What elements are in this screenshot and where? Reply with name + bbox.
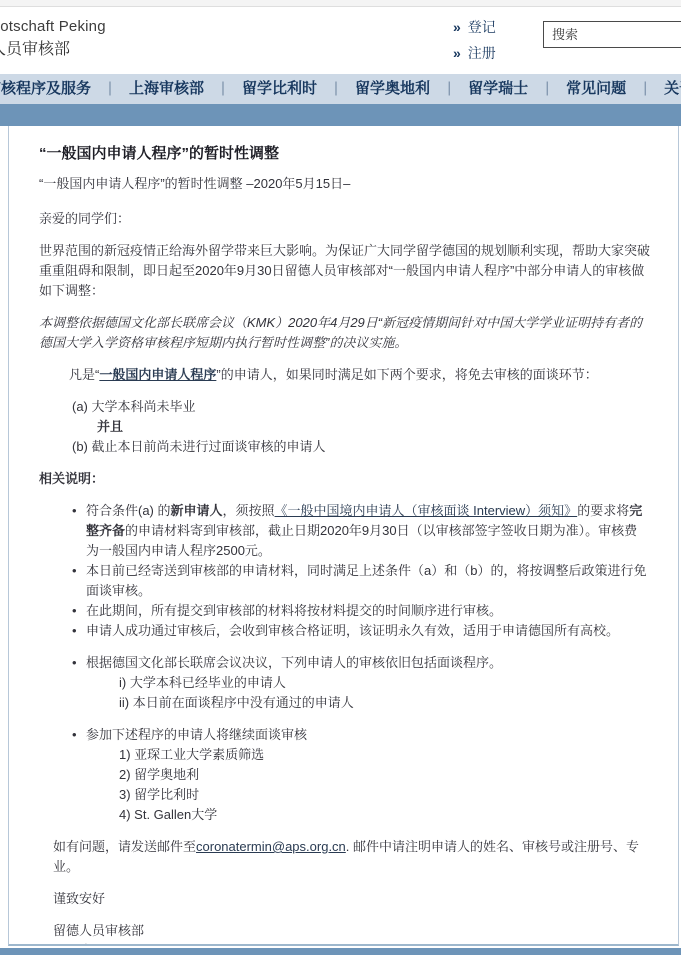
header-band (0, 104, 681, 126)
site-header: Botschaft Peking 人员审核部 »登记»注册 (0, 7, 681, 74)
bullet-item: •本日前已经寄送到审核部的申请材料，同时满足上述条件（a）和（b）的，将按调整后… (72, 561, 650, 601)
text-segment: i) 大学本科已经毕业的申请人 (119, 675, 286, 690)
paragraph: 相关说明： (39, 469, 650, 489)
text-segment: 在此期间，所有提交到审核部的材料将按材料提交的时间顺序进行审核。 (86, 603, 502, 618)
account-link-label: 注册 (468, 43, 496, 63)
bullet-item: •符合条件(a) 的新申请人，须按照《一般中国境内申请人（审核面谈 Interv… (72, 501, 650, 561)
text-segment: 谨致安好 (53, 891, 105, 906)
paragraph: 世界范围的新冠疫情正给海外留学带来巨大影响。为保证广大同学留学德国的规划顺利实现… (39, 241, 650, 301)
article-title: “一般国内申请人程序”的暂时性调整 (39, 144, 650, 164)
paragraph: (b) 截止本日前尚未进行过面谈审核的申请人 (72, 437, 650, 457)
paragraph: 2020年5月15日 (53, 941, 650, 946)
bullet-marker: • (72, 501, 77, 521)
chevron-right-icon: » (453, 17, 461, 37)
nav-item[interactable]: 上海审核部 (117, 79, 216, 99)
text-segment: 相关说明： (39, 471, 104, 486)
text-segment: 世界范围的新冠疫情正给海外留学带来巨大影响。为保证广大同学留学德国的规划顺利实现… (39, 243, 650, 298)
nav-separator: ｜ (540, 79, 554, 99)
paragraph: 3) 留学比利时 (119, 785, 650, 805)
paragraph: 并且 (97, 417, 650, 437)
nav-separator: ｜ (216, 79, 230, 99)
paragraph: 4) St. Gallen大学 (119, 805, 650, 825)
text-segment: ”的申请人，如果同时满足如下两个要求，将免去审核的面谈环节： (216, 367, 597, 382)
nav-bar: 审核程序及服务｜上海审核部｜留学比利时｜留学奥地利｜留学瑞士｜常见问题｜关于我们 (0, 74, 681, 104)
article-subtitle: “一般国内申请人程序”的暂时性调整 –2020年5月15日– (39, 174, 650, 194)
site-logo: Botschaft Peking 人员审核部 (0, 17, 106, 60)
text-segment: 符合条件(a) 的 (86, 503, 171, 518)
nav-item[interactable]: 常见问题 (554, 79, 638, 99)
text-segment: 新申请人 (171, 503, 223, 518)
bullet-item: •在此期间，所有提交到审核部的材料将按材料提交的时间顺序进行审核。 (72, 601, 650, 621)
chevron-right-icon: » (453, 43, 461, 63)
paragraph: i) 大学本科已经毕业的申请人 (119, 673, 650, 693)
search-area (543, 21, 681, 48)
nav-item[interactable]: 留学奥地利 (343, 79, 442, 99)
paragraph: 1) 亚琛工业大学素质筛选 (119, 745, 650, 765)
login-link[interactable]: »登记 (453, 17, 496, 37)
bottom-bar (0, 948, 681, 955)
search-input[interactable] (543, 21, 681, 48)
text-segment: 亲爱的同学们： (39, 211, 130, 226)
text-segment: ，须按照 (223, 503, 275, 518)
text-segment: 如有问题，请发送邮件至 (53, 839, 196, 854)
nav-items: 审核程序及服务｜上海审核部｜留学比利时｜留学奥地利｜留学瑞士｜常见问题｜关于我们 (0, 79, 681, 99)
bullet-marker: • (72, 621, 77, 641)
nav-item[interactable]: 审核程序及服务 (0, 79, 103, 99)
nav-item[interactable]: 留学瑞士 (456, 79, 540, 99)
text-segment: 2020年5月15日 (53, 943, 143, 946)
text-segment: (a) 大学本科尚未毕业 (72, 399, 196, 414)
text-segment: 的申请材料寄到审核部，截止日期2020年9月30日（以审核部签字签收日期为准）。… (86, 523, 637, 558)
text-segment: 留德人员审核部 (53, 923, 144, 938)
bullet-item: •申请人成功通过审核后，会收到审核合格证明，该证明永久有效，适用于申请德国所有高… (72, 621, 650, 641)
bullet-marker: • (72, 653, 77, 673)
paragraph: 本调整依据德国文化部长联席会议（KMK）2020年4月29日“新冠疫情期间针对中… (39, 313, 650, 353)
inline-link[interactable]: coronatermin@aps.org.cn (196, 839, 346, 854)
nav-separator: ｜ (638, 79, 652, 99)
paragraph: (a) 大学本科尚未毕业 (72, 397, 650, 417)
site-logo-line1: Botschaft Peking (0, 17, 106, 37)
paragraph: 亲爱的同学们： (39, 209, 650, 229)
bullet-marker: • (72, 601, 77, 621)
nav-separator: ｜ (329, 79, 343, 99)
paragraph: 留德人员审核部 (53, 921, 650, 941)
nav-separator: ｜ (442, 79, 456, 99)
text-segment: 本日前已经寄送到审核部的申请材料，同时满足上述条件（a）和（b）的，将按调整后政… (86, 563, 646, 598)
text-segment: 2) 留学奥地利 (119, 767, 199, 782)
paragraph: 凡是“一般国内申请人程序”的申请人，如果同时满足如下两个要求，将免去审核的面谈环… (69, 365, 650, 385)
site-logo-line2: 人员审核部 (0, 40, 106, 60)
text-segment: 本调整依据德国文化部长联席会议（KMK）2020年4月29日“新冠疫情期间针对中… (39, 315, 642, 350)
text-segment: 凡是“ (69, 367, 99, 382)
paragraph: 谨致安好 (53, 889, 650, 909)
bullet-item: •根据德国文化部长联席会议决议，下列申请人的审核依旧包括面谈程序。 (72, 653, 650, 673)
text-segment: 1) 亚琛工业大学素质筛选 (119, 747, 264, 762)
content-area: “一般国内申请人程序”的暂时性调整 “一般国内申请人程序”的暂时性调整 –202… (0, 126, 681, 948)
text-segment: 根据德国文化部长联席会议决议，下列申请人的审核依旧包括面谈程序。 (86, 655, 502, 670)
text-segment: 4) St. Gallen大学 (119, 807, 217, 822)
text-segment: (b) 截止本日前尚未进行过面谈审核的申请人 (72, 439, 326, 454)
bullet-item: •参加下述程序的申请人将继续面谈审核 (72, 725, 650, 745)
text-segment: 的要求将 (577, 503, 629, 518)
inline-link[interactable]: 《一般中国境内申请人（审核面谈 Interview）须知》 (275, 503, 578, 518)
nav-item[interactable]: 留学比利时 (230, 79, 329, 99)
account-links: »登记»注册 (453, 17, 496, 69)
bullet-marker: • (72, 561, 77, 581)
register-link[interactable]: »注册 (453, 43, 496, 63)
page: Botschaft Peking 人员审核部 »登记»注册 审核程序及服务｜上海… (0, 0, 681, 955)
text-segment: ii) 本日前在面谈程序中没有通过的申请人 (119, 695, 354, 710)
bullet-marker: • (72, 725, 77, 745)
account-link-label: 登记 (468, 17, 496, 37)
nav-item[interactable]: 关于我们 (652, 79, 681, 99)
top-strip (0, 0, 681, 7)
text-segment: 3) 留学比利时 (119, 787, 199, 802)
paragraph: 如有问题，请发送邮件至coronatermin@aps.org.cn. 邮件中请… (53, 837, 650, 877)
paragraph: 2) 留学奥地利 (119, 765, 650, 785)
nav-separator: ｜ (103, 79, 117, 99)
text-segment: 参加下述程序的申请人将继续面谈审核 (86, 727, 307, 742)
text-segment: 申请人成功通过审核后，会收到审核合格证明，该证明永久有效，适用于申请德国所有高校… (86, 623, 619, 638)
text-segment: 并且 (97, 419, 123, 434)
inline-link[interactable]: 一般国内申请人程序 (99, 367, 216, 382)
article-blocks: 亲爱的同学们：世界范围的新冠疫情正给海外留学带来巨大影响。为保证广大同学留学德国… (39, 209, 650, 946)
content-box: “一般国内申请人程序”的暂时性调整 “一般国内申请人程序”的暂时性调整 –202… (8, 126, 679, 946)
paragraph: ii) 本日前在面谈程序中没有通过的申请人 (119, 693, 650, 713)
